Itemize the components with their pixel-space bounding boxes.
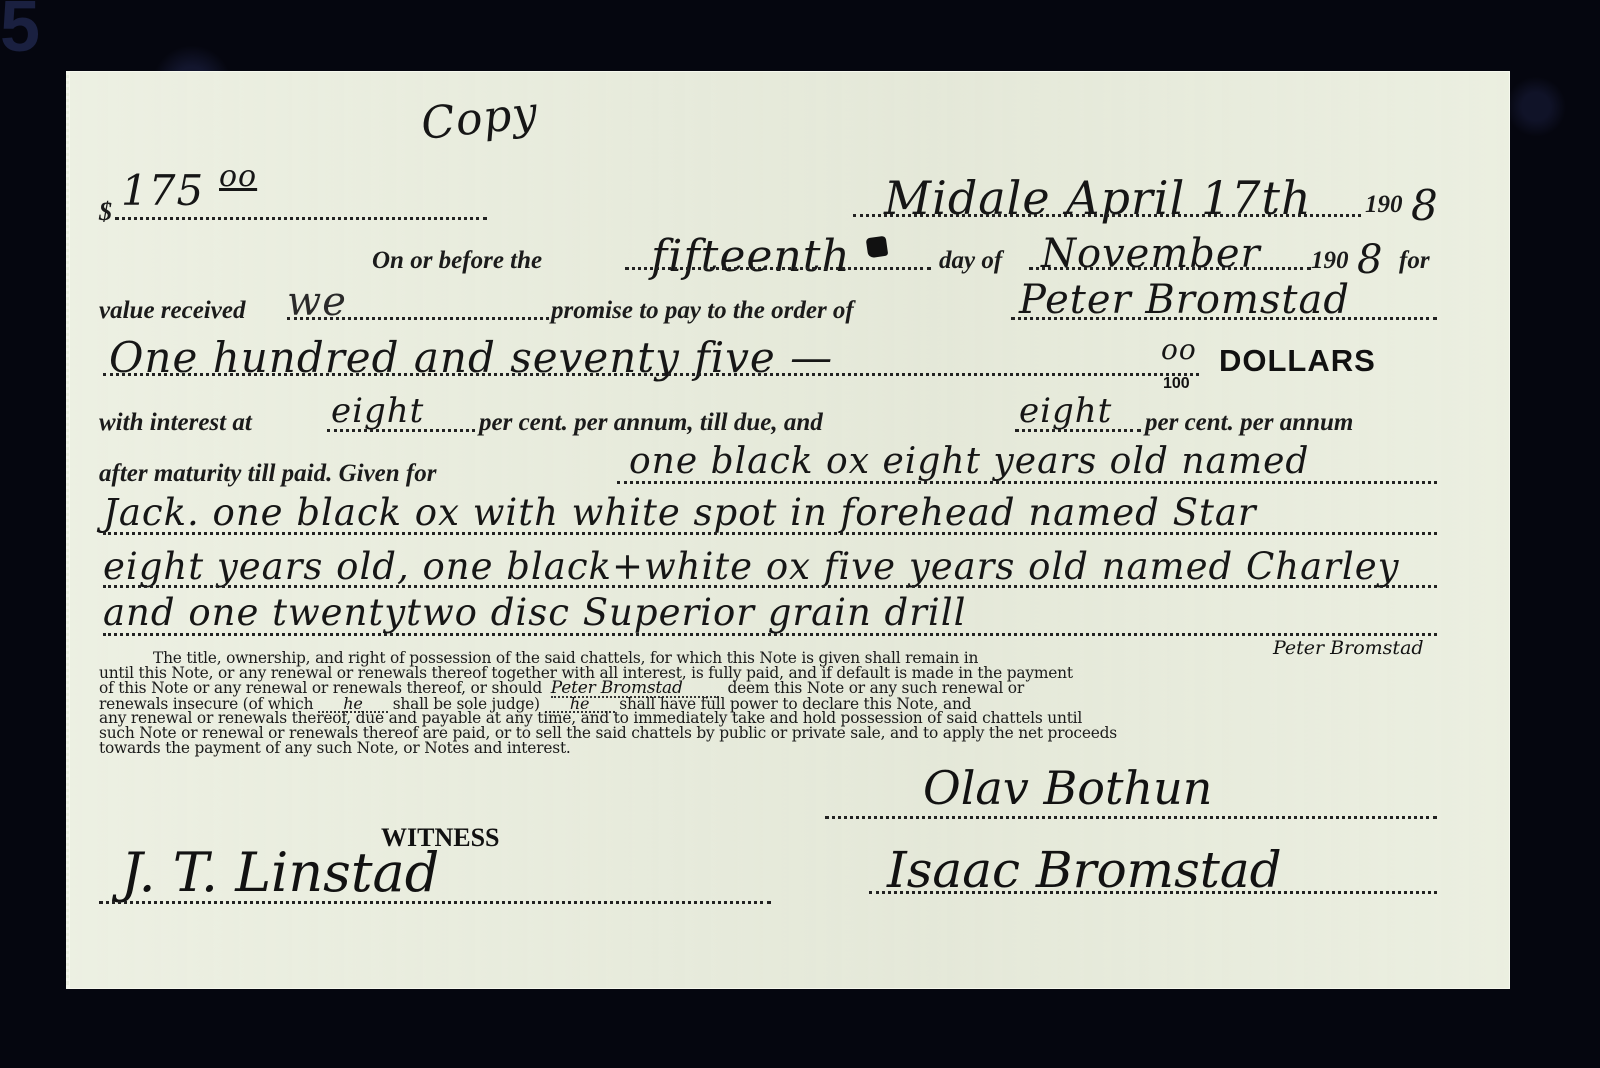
consideration-line-2: Jack. one black ox with white spot in fo… [103, 491, 1257, 534]
due-month-handwritten: November [1041, 231, 1261, 277]
label-for: for [1399, 247, 1430, 275]
ink-blot-mark [866, 236, 889, 259]
consideration-line-1: one black ox eight years old named [629, 441, 1309, 482]
consideration-rule-2 [103, 532, 1437, 535]
maker-signature-line-2 [869, 891, 1437, 894]
overdue-rate-line [1015, 429, 1141, 432]
due-month-line [1029, 267, 1311, 270]
witness-signature: J. T. Linstad [121, 841, 439, 904]
label-per-cent-till-due: per cent. per annum, till due, and [479, 409, 823, 437]
maker-signature-1: Olav Bothun [923, 761, 1212, 815]
copy-mark: Copy [419, 87, 541, 150]
amount-line [115, 217, 487, 220]
consideration-rule-4 [103, 633, 1437, 636]
due-day-line [625, 267, 931, 270]
overdue-rate-handwritten: eight [1019, 391, 1112, 431]
maker-signature-line-1 [825, 816, 1437, 819]
payee-line [1011, 317, 1437, 320]
label-value-received: value received [99, 297, 245, 325]
date-year-prefix: 190 [1365, 191, 1403, 219]
label-with-interest-at: with interest at [99, 409, 252, 437]
label-on-or-before: On or before the [372, 247, 542, 275]
due-day-handwritten: fifteenth [651, 231, 851, 282]
label-after-maturity-given-for: after maturity till paid. Given for [99, 460, 437, 488]
background-corner-digit: 5 [0, 0, 40, 68]
label-promise-to-pay: promise to pay to the order of [551, 297, 854, 325]
due-year-prefix: 190 [1311, 247, 1349, 275]
promisor-line [287, 317, 549, 320]
date-year-suffix: 8 [1411, 181, 1439, 230]
promissory-note-document: Copy $ 175 oo Midale April 17th 190 8 On… [66, 71, 1510, 989]
witness-signature-line [99, 901, 771, 904]
consideration-line-4: and one twentytwo disc Superior grain dr… [103, 591, 966, 634]
amount-words-cents: oo [1161, 333, 1197, 366]
due-year-suffix: 8 [1357, 237, 1383, 283]
interest-rate-handwritten: eight [331, 391, 424, 431]
fine-print-line-7: towards the payment of any such Note, or… [99, 741, 571, 756]
label-per-cent-per-annum: per cent. per annum [1145, 409, 1353, 437]
consideration-line-3: eight years old, one black+white ox five… [103, 545, 1400, 588]
amount-handwritten: 175 [121, 166, 204, 215]
amount-dollar-sign: $ [99, 197, 112, 227]
fine-print-fill-retainer: Peter Bromstad [1273, 637, 1424, 659]
consideration-rule-1 [617, 481, 1437, 484]
label-dollars: DOLLARS [1219, 343, 1376, 379]
amount-cents-handwritten: oo [219, 159, 257, 194]
interest-rate-line [327, 429, 475, 432]
place-date-line [853, 214, 1361, 217]
label-day-of: day of [939, 247, 1002, 275]
amount-words-line [103, 373, 1199, 376]
consideration-rule-3 [103, 585, 1437, 588]
cents-denominator: 100 [1163, 375, 1190, 393]
